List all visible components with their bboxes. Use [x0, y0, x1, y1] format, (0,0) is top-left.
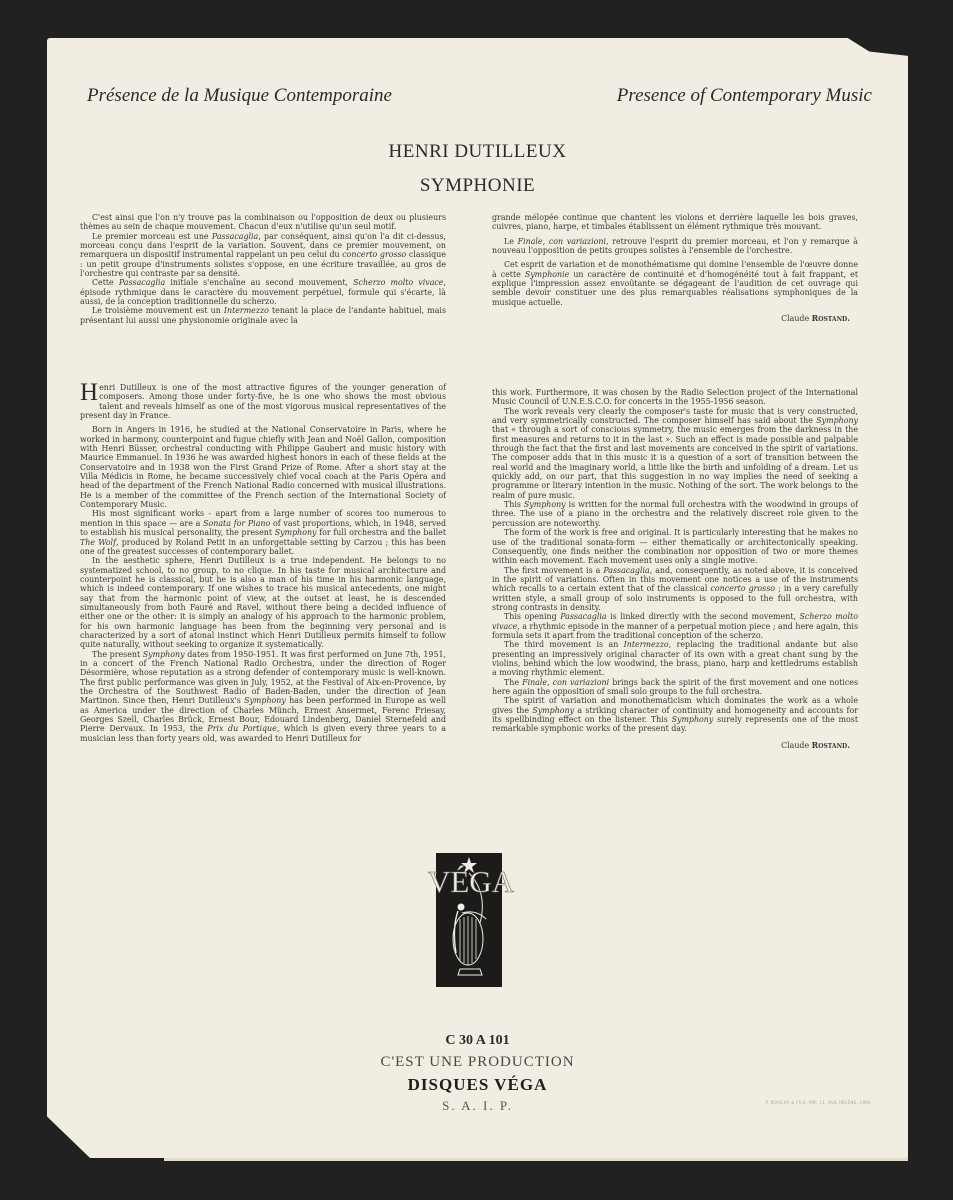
french-text-left-column: C'est ainsi que l'on n'y trouve pas la c… [80, 213, 446, 325]
paragraph: The third movement is an Intermezzo, rep… [492, 640, 858, 677]
paragraph: Le troisième mouvement est un Intermezzo… [80, 306, 446, 325]
signature-last-name: Rostand. [812, 741, 850, 750]
paragraph: The present Symphony dates from 1950-195… [80, 650, 446, 743]
paragraph: The first movement is a Passacaglia, and… [492, 566, 858, 613]
paragraph: Born in Angers in 1916, he studied at th… [80, 425, 446, 509]
paragraph: C'est ainsi que l'on n'y trouve pas la c… [80, 213, 446, 232]
paragraph: grande mélopée continue que chantent les… [492, 213, 858, 232]
english-text-left-column: Henri Dutilleux is one of the most attra… [80, 383, 446, 743]
signature-last-name: Rostand. [812, 314, 850, 323]
paragraph: This opening Passacaglia is linked direc… [492, 612, 858, 640]
record-label-name: DISQUES VÉGA [47, 1075, 908, 1095]
drop-cap: H [80, 383, 98, 403]
english-signature: Claude Rostand. [492, 741, 858, 750]
paragraph: Le Finale, con variazioni, retrouve l'es… [492, 237, 858, 256]
paragraph: Henri Dutilleux is one of the most attra… [80, 383, 446, 420]
paragraph: In the aesthetic sphere, Henri Dutilleux… [80, 556, 446, 649]
signature-first-name: Claude [781, 314, 809, 323]
paragraph: His most significant works - apart from … [80, 509, 446, 556]
paragraph: Cet esprit de variation et de monothémat… [492, 260, 858, 307]
series-title-english: Presence of Contemporary Music [617, 85, 872, 107]
catalog-number: C 30 A 101 [47, 1033, 908, 1049]
french-signature: Claude Rostand. [492, 314, 858, 323]
printer-credit: P. BOUCHY & FILS, IMP. 11, RUE HÉLÈNE, 1… [766, 1100, 871, 1105]
vega-logo-text: VÉGA [421, 864, 521, 900]
production-line: C'EST UNE PRODUCTION [47, 1054, 908, 1071]
paragraph: The work reveals very clearly the compos… [492, 407, 858, 500]
paragraph: Le premier morceau est une Passacaglia, … [80, 232, 446, 279]
paragraph: The spirit of variation and monothematic… [492, 696, 858, 733]
french-text-right-column: grande mélopée continue que chantent les… [492, 213, 858, 323]
signature-first-name: Claude [781, 741, 809, 750]
work-title: SYMPHONIE [47, 175, 908, 197]
series-title-french: Présence de la Musique Contemporaine [87, 85, 392, 107]
english-text-right-column: this work. Furthermore, it was chosen by… [492, 388, 858, 750]
paragraph: The Finale, con variazioni brings back t… [492, 678, 858, 697]
paragraph: This Symphony is written for the normal … [492, 500, 858, 528]
paragraph: The form of the work is free and origina… [492, 528, 858, 565]
composer-name: HENRI DUTILLEUX [47, 141, 908, 163]
paragraph: Cette Passacaglia initiale s'enchaîne au… [80, 278, 446, 306]
liner-notes-sheet: Présence de la Musique Contemporaine Pre… [47, 38, 908, 1158]
paragraph: this work. Furthermore, it was chosen by… [492, 388, 858, 407]
